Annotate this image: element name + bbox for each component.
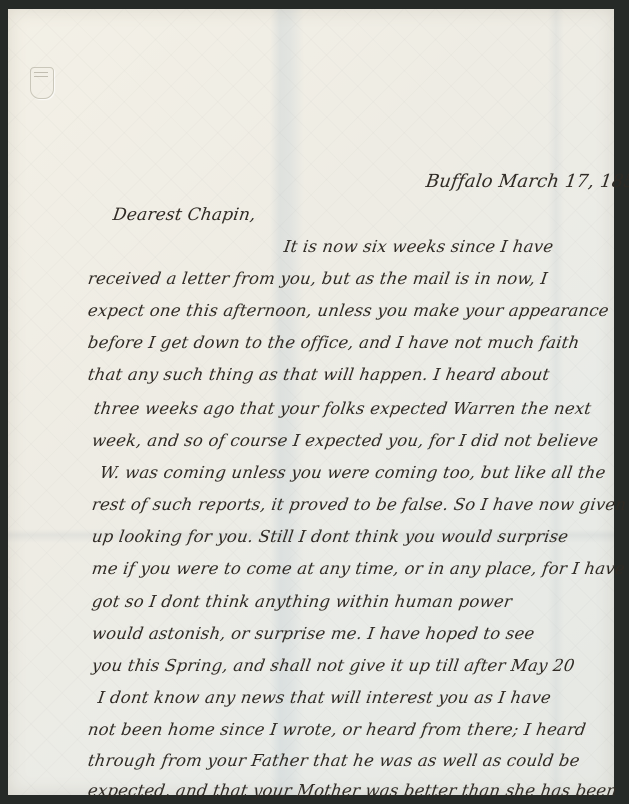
letter-page: Buffalo March 17, 1857 Dearest Chapin, I…: [8, 9, 614, 795]
letter-dateline: Buffalo March 17, 1857: [425, 171, 629, 192]
letter-line: received a letter from you, but as the m…: [87, 269, 549, 288]
embossed-crest-icon: [30, 67, 54, 99]
letter-line: that any such thing as that will happen.…: [87, 365, 551, 384]
letter-line: me if you were to come at any time, or i…: [91, 559, 627, 578]
letter-line: week, and so of course I expected you, f…: [91, 431, 600, 450]
letter-line: It is now six weeks since I have: [283, 237, 555, 256]
letter-line: not been home since I wrote, or heard fr…: [87, 720, 588, 739]
letter-line: I dont know any news that will interest …: [97, 688, 553, 707]
letter-line: expect one this afternoon, unless you ma…: [87, 301, 610, 320]
letter-salutation: Dearest Chapin,: [112, 205, 258, 225]
letter-line: through from your Father that he was as …: [87, 751, 581, 770]
letter-line: three weeks ago that your folks expected…: [93, 399, 593, 418]
letter-line: you this Spring, and shall not give it u…: [91, 656, 576, 675]
letter-line: rest of such reports, it proved to be fa…: [91, 495, 628, 514]
letter-line: would astonish, or surprise me. I have h…: [91, 624, 536, 643]
letter-line: got so I dont think anything within huma…: [91, 592, 514, 611]
letter-line: before I get down to the office, and I h…: [87, 333, 581, 352]
letter-line: expected, and that your Mother was bette…: [87, 781, 619, 800]
letter-line: W. was coming unless you were coming too…: [99, 463, 607, 482]
letter-line: up looking for you. Still I dont think y…: [91, 527, 570, 546]
